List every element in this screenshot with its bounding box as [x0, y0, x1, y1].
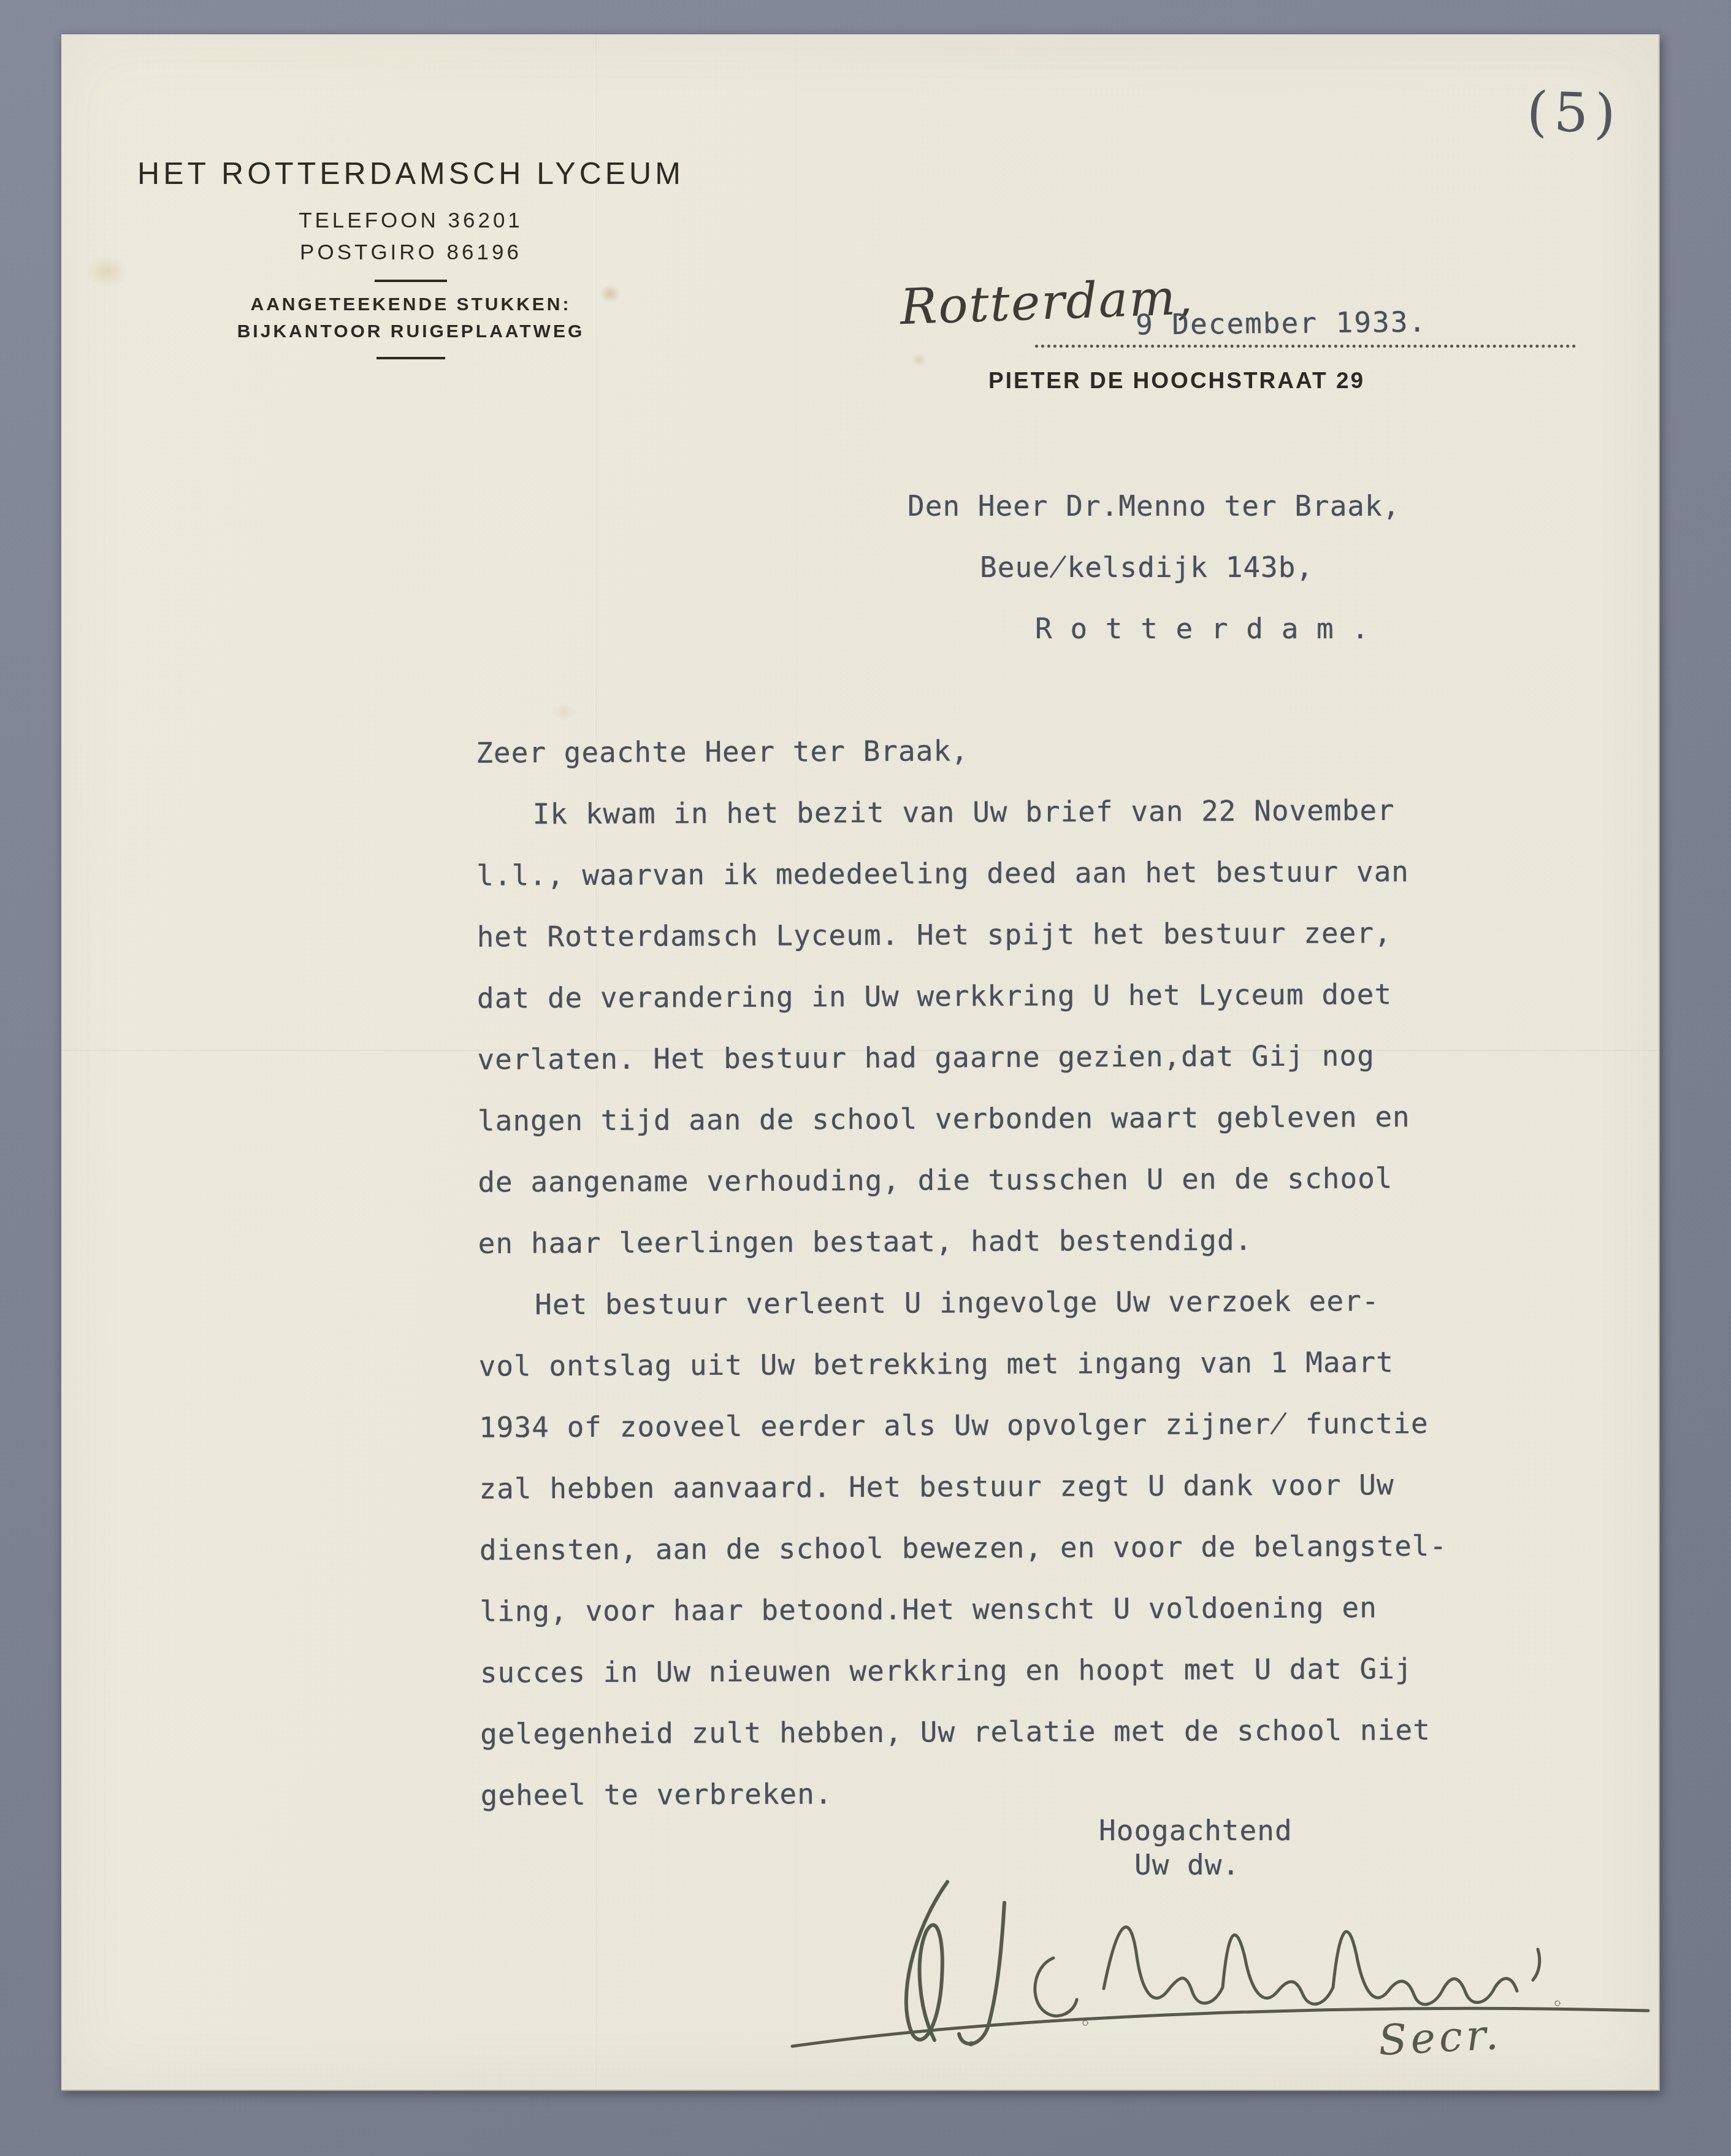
salutation: Zeer geachte Heer ter Braak, — [476, 717, 1506, 783]
letter-body: Zeer geachte Heer ter Braak, Ik kwam in … — [476, 717, 1511, 1825]
school-name: HET ROTTERDAMSCH LYCEUM — [104, 156, 717, 191]
branch-office-line: BIJKANTOOR RUIGEPLAATWEG — [104, 321, 717, 342]
body-line: en haar leerlingen bestaat, hadt bestend… — [478, 1208, 1508, 1274]
foxing-stain — [552, 703, 576, 721]
pencil-page-number: (5) — [1526, 79, 1687, 148]
body-line: de aangename verhouding, die tusschen U … — [478, 1147, 1508, 1212]
recipient-name: Den Heer Dr.Menno ter Braak, — [908, 489, 1400, 522]
street-address: PIETER DE HOOCHSTRAAT 29 — [988, 368, 1365, 394]
scan-background: { "colors": { "background": "#7d8292", "… — [0, 0, 1731, 2156]
body-line: Het bestuur verleent U ingevolge Uw verz… — [478, 1269, 1508, 1335]
body-line: verlaten. Het bestuur had gaarne gezien,… — [477, 1024, 1507, 1090]
body-line: langen tijd aan de school verbonden waar… — [478, 1085, 1508, 1151]
body-line: het Rotterdamsch Lyceum. Het spijt het b… — [476, 901, 1507, 967]
body-line: dat de verandering in Uw werkkring U het… — [477, 963, 1507, 1028]
telephone-line: TELEFOON 36201 — [104, 208, 717, 233]
recipient-street: Beue̸kelsdijk 143b, — [980, 551, 1313, 584]
signature-scrawl — [760, 1859, 1668, 2067]
body-line: geheel te verbreken. — [480, 1760, 1510, 1825]
closing-hoogachtend: Hoogachtend — [1099, 1814, 1293, 1847]
letter-paper: (5) HET ROTTERDAMSCH LYCEUM TELEFOON 362… — [61, 34, 1660, 2091]
letterhead-rule — [375, 280, 447, 282]
body-line: zal hebben aanvaard. Het bestuur zegt U … — [479, 1453, 1509, 1519]
signature-title: Secr. — [1377, 2011, 1503, 2065]
body-line: gelegenheid zult hebben, Uw relatie met … — [480, 1699, 1510, 1764]
body-line: l.l., waarvan ik mededeeling deed aan he… — [476, 840, 1507, 906]
letterhead-rule — [376, 357, 445, 359]
body-line: ling, voor haar betoond.Het wenscht U vo… — [480, 1576, 1510, 1642]
body-line: vol ontslag uit Uw betrekking met ingang… — [478, 1331, 1508, 1396]
registered-mail-line: AANGETEEKENDE STUKKEN: — [104, 294, 717, 315]
typed-date: 9 December 1933. — [1136, 305, 1427, 342]
body-line: Ik kwam in het bezit van Uw brief van 22… — [476, 779, 1507, 844]
foxing-stain — [911, 353, 927, 367]
recipient-city: R o t t e r d a m . — [1035, 612, 1369, 645]
body-line: diensten, aan de school bewezen, en voor… — [480, 1515, 1510, 1580]
letterhead: HET ROTTERDAMSCH LYCEUM TELEFOON 36201 P… — [104, 156, 717, 359]
postgiro-line: POSTGIRO 86196 — [104, 240, 717, 265]
body-line: 1934 of zooveel eerder als Uw opvolger z… — [479, 1392, 1509, 1458]
body-line: succes in Uw nieuwen werkkring en hoopt … — [480, 1637, 1510, 1703]
